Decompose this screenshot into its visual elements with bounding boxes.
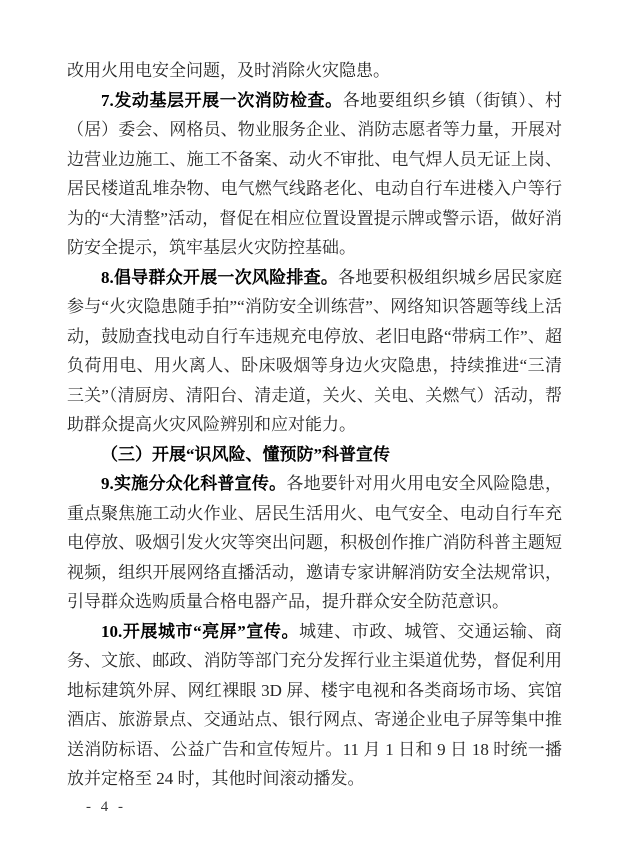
paragraph: 7.发动基层开展一次消防检查。各地要组织乡镇（街镇）、村（居）委会、网格员、物业… <box>67 86 562 263</box>
paragraph-lead: 9.实施分众化科普宣传。 <box>101 474 286 493</box>
paragraph-lead: 10.开展城市“亮屏”宣传。 <box>101 622 299 641</box>
paragraph-lead: 7.发动基层开展一次消防检查。 <box>101 91 343 110</box>
document-body: 改用火用电安全问题，及时消除火灾隐患。7.发动基层开展一次消防检查。各地要组织乡… <box>67 56 562 794</box>
page-number: - 4 - <box>86 799 126 816</box>
paragraph-lead: 8.倡导群众开展一次风险排查。 <box>101 268 338 287</box>
document-page: 改用火用电安全问题，及时消除火灾隐患。7.发动基层开展一次消防检查。各地要组织乡… <box>0 0 627 864</box>
paragraph: 9.实施分众化科普宣传。各地要针对用火用电安全风险隐患，重点聚焦施工动火作业、居… <box>67 469 562 617</box>
paragraph: 8.倡导群众开展一次风险排查。各地要积极组织城乡居民家庭参与“火灾隐患随手拍”“… <box>67 263 562 440</box>
paragraph: 10.开展城市“亮屏”宣传。城建、市政、城管、交通运输、商务、文旅、邮政、消防等… <box>67 617 562 794</box>
paragraph: 改用火用电安全问题，及时消除火灾隐患。 <box>67 56 562 86</box>
section-heading: （三）开展“识风险、懂预防”科普宣传 <box>67 440 562 470</box>
